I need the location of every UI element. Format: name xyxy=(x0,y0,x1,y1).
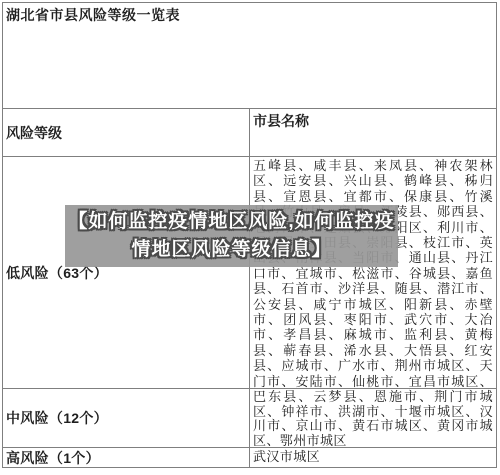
header-cell-risk-level: 风险等级 xyxy=(3,109,250,156)
table-row-high-risk: 高风险（1个） 武汉市城区 xyxy=(3,447,496,467)
low-risk-label: 低风险（63个） xyxy=(3,157,250,388)
table-row-low-risk: 低风险（63个） 五峰县、咸丰县、来凤县、神农架林区、远安县、兴山县、鹤峰县、秭… xyxy=(3,156,496,388)
medium-risk-label: 中风险（12个） xyxy=(3,389,250,447)
watermark-overlay: 【如何监控疫情地区风险,如何监控疫 情地区风险等级信息】 xyxy=(65,205,398,267)
low-risk-region-list: 五峰县、咸丰县、来凤县、神农架林区、远安县、兴山县、鹤峰县、秭归县、宣恩县、宜都… xyxy=(250,157,496,388)
header-cell-region-names: 市县名称 xyxy=(250,109,496,156)
table-row-medium-risk: 中风险（12个） 巴东县、云梦县、恩施市、荆门市城区、钟祥市、洪湖市、十堰市城区… xyxy=(3,388,496,447)
page: 湖北省市县风险等级一览表 风险等级 市县名称 低风险（63个） 五峰县、咸丰县、… xyxy=(0,0,500,475)
table-title: 湖北省市县风险等级一览表 xyxy=(3,3,496,108)
watermark-text-line-2: 情地区风险等级信息】 xyxy=(131,236,331,264)
table-header-row: 风险等级 市县名称 xyxy=(3,108,496,156)
watermark-text-line-1: 【如何监控疫情地区风险,如何监控疫 xyxy=(68,208,394,236)
high-risk-region-list: 武汉市城区 xyxy=(250,448,496,467)
medium-risk-region-list: 巴东县、云梦县、恩施市、荆门市城区、钟祥市、洪湖市、十堰市城区、汉川市、京山市、… xyxy=(250,389,496,447)
high-risk-label: 高风险（1个） xyxy=(3,448,250,467)
